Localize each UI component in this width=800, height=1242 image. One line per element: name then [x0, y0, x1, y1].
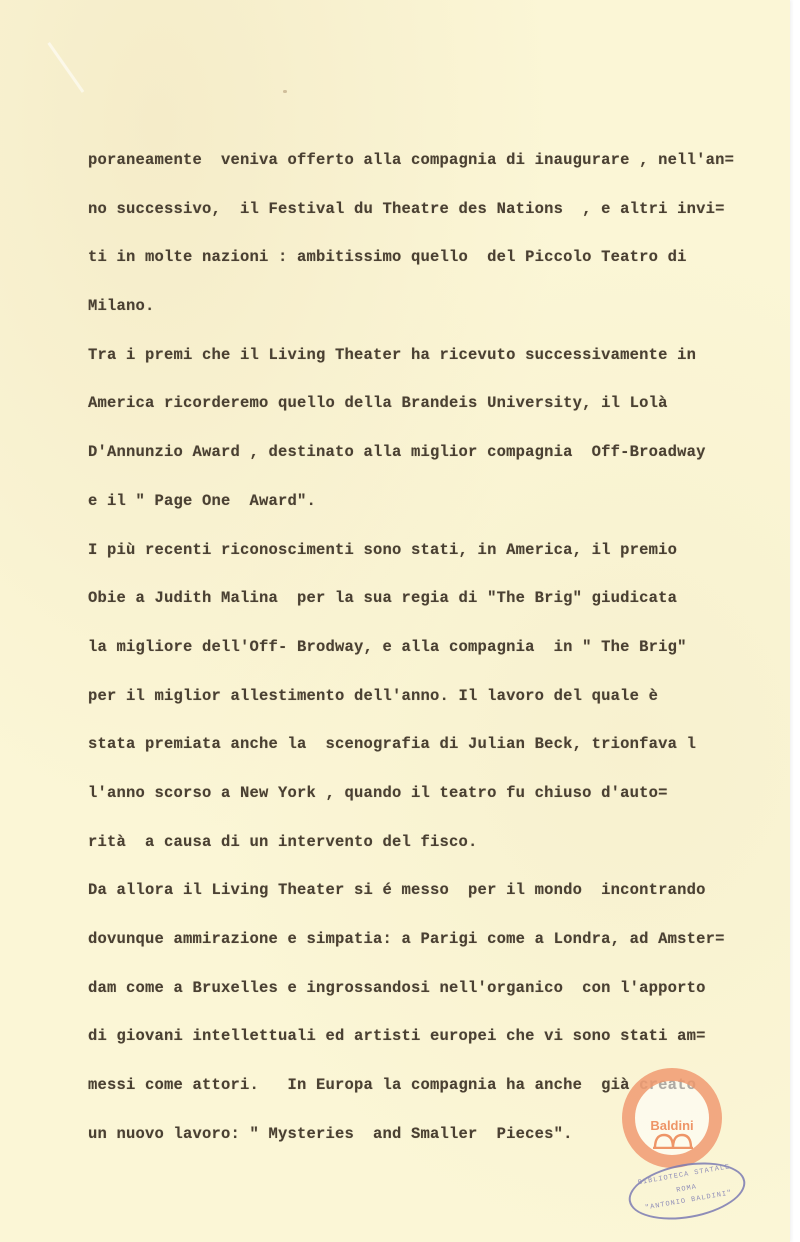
text-line: Milano.: [88, 296, 778, 345]
text-line: Obie a Judith Malina per la sua regia di…: [88, 588, 778, 637]
text-line: l'anno scorso a New York , quando il tea…: [88, 783, 778, 832]
typewritten-text-body: poraneamente veniva offerto alla compagn…: [88, 150, 778, 1172]
text-line: stata premiata anche la scenografia di J…: [88, 734, 778, 783]
text-line: poraneamente veniva offerto alla compagn…: [88, 150, 778, 199]
baldini-library-logo: Baldini: [622, 1068, 722, 1168]
text-line: Da allora il Living Theater si é messo p…: [88, 880, 778, 929]
paper-crease-mark: [47, 27, 105, 93]
text-line: rità a causa di un intervento del fisco.: [88, 832, 778, 881]
text-line: la migliore dell'Off- Brodway, e alla co…: [88, 637, 778, 686]
text-line: e il " Page One Award".: [88, 491, 778, 540]
paper-speck: [283, 90, 287, 93]
text-line: Tra i premi che il Living Theater ha ric…: [88, 345, 778, 394]
text-line: ti in molte nazioni : ambitissimo quello…: [88, 247, 778, 296]
text-line: I più recenti riconoscimenti sono stati,…: [88, 540, 778, 589]
text-line: dam come a Bruxelles e ingrossandosi nel…: [88, 978, 778, 1027]
text-line: per il miglior allestimento dell'anno. I…: [88, 686, 778, 735]
text-line: America ricorderemo quello della Brandei…: [88, 393, 778, 442]
baldini-b-logo-icon: [653, 1133, 693, 1149]
text-line: dovunque ammirazione e simpatia: a Parig…: [88, 929, 778, 978]
document-page: poraneamente veniva offerto alla compagn…: [0, 0, 790, 1242]
logo-label: Baldini: [635, 1118, 709, 1133]
text-line: no successivo, il Festival du Theatre de…: [88, 199, 778, 248]
text-line: D'Annunzio Award , destinato alla miglio…: [88, 442, 778, 491]
